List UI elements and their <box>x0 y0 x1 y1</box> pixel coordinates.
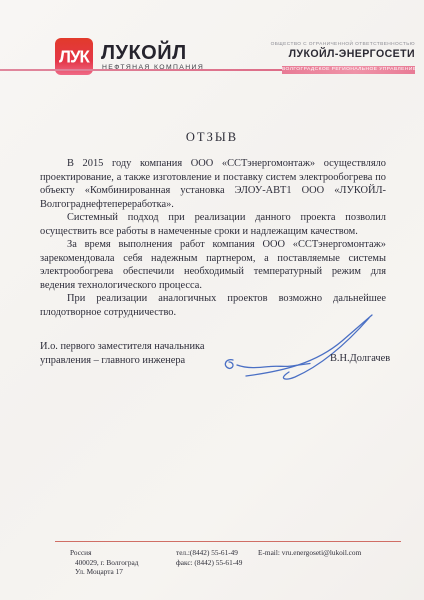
footer-rule <box>55 541 401 542</box>
letter-page: ЛУК ЛУКОЙЛ НЕФТЯНАЯ КОМПАНИЯ ОБЩЕСТВО С … <box>0 0 424 600</box>
page-title: ОТЗЫВ <box>0 130 424 145</box>
org-regional-ribbon: ВОЛГОГРАДСКОЕ РЕГИОНАЛЬНОЕ УПРАВЛЕНИЕ <box>282 66 415 74</box>
footer-phone: тел.:(8442) 55-61-49 <box>176 548 242 558</box>
signer-position-line1: И.о. первого заместителя начальника <box>40 340 225 354</box>
signer-position-line2: управления – главного инженера <box>40 354 225 368</box>
org-block: ОБЩЕСТВО С ОГРАНИЧЕННОЙ ОТВЕТСТВЕННОСТЬЮ… <box>215 42 415 62</box>
header-ribbon-row: ВОЛГОГРАДСКОЕ РЕГИОНАЛЬНОЕ УПРАВЛЕНИЕ <box>0 66 415 74</box>
footer-city: 400029, г. Волгоград <box>70 558 138 568</box>
handwritten-signature <box>216 314 378 386</box>
org-name: ЛУКОЙЛ-ЭНЕРГОСЕТИ <box>215 48 415 60</box>
footer-country: Россия <box>70 548 138 558</box>
signer-name: В.Н.Долгачев <box>330 353 390 364</box>
header-rule <box>0 69 282 70</box>
org-legal-form: ОБЩЕСТВО С ОГРАНИЧЕННОЙ ОТВЕТСТВЕННОСТЬЮ <box>215 42 415 47</box>
footer-phones: тел.:(8442) 55-61-49 факс: (8442) 55-61-… <box>176 548 242 567</box>
footer-fax: факс: (8442) 55-61-49 <box>176 558 242 568</box>
lukoil-logo-mark: ЛУК <box>58 45 90 68</box>
signer-position: И.о. первого заместителя начальника упра… <box>40 340 225 367</box>
paragraph: В 2015 году компания ООО «ССТэнергомонта… <box>40 157 386 211</box>
letter-body: В 2015 году компания ООО «ССТэнергомонта… <box>40 157 386 319</box>
footer-street: Ул. Моцарта 17 <box>70 567 138 577</box>
paragraph: Системный подход при реализации данного … <box>40 211 386 238</box>
paragraph: За время выполнения работ компания ООО «… <box>40 238 386 292</box>
footer-address: Россия 400029, г. Волгоград Ул. Моцарта … <box>70 548 138 577</box>
footer-email: E-mail: vru.energoseti@lukoil.com <box>258 548 361 558</box>
company-name: ЛУКОЙЛ <box>101 42 187 65</box>
